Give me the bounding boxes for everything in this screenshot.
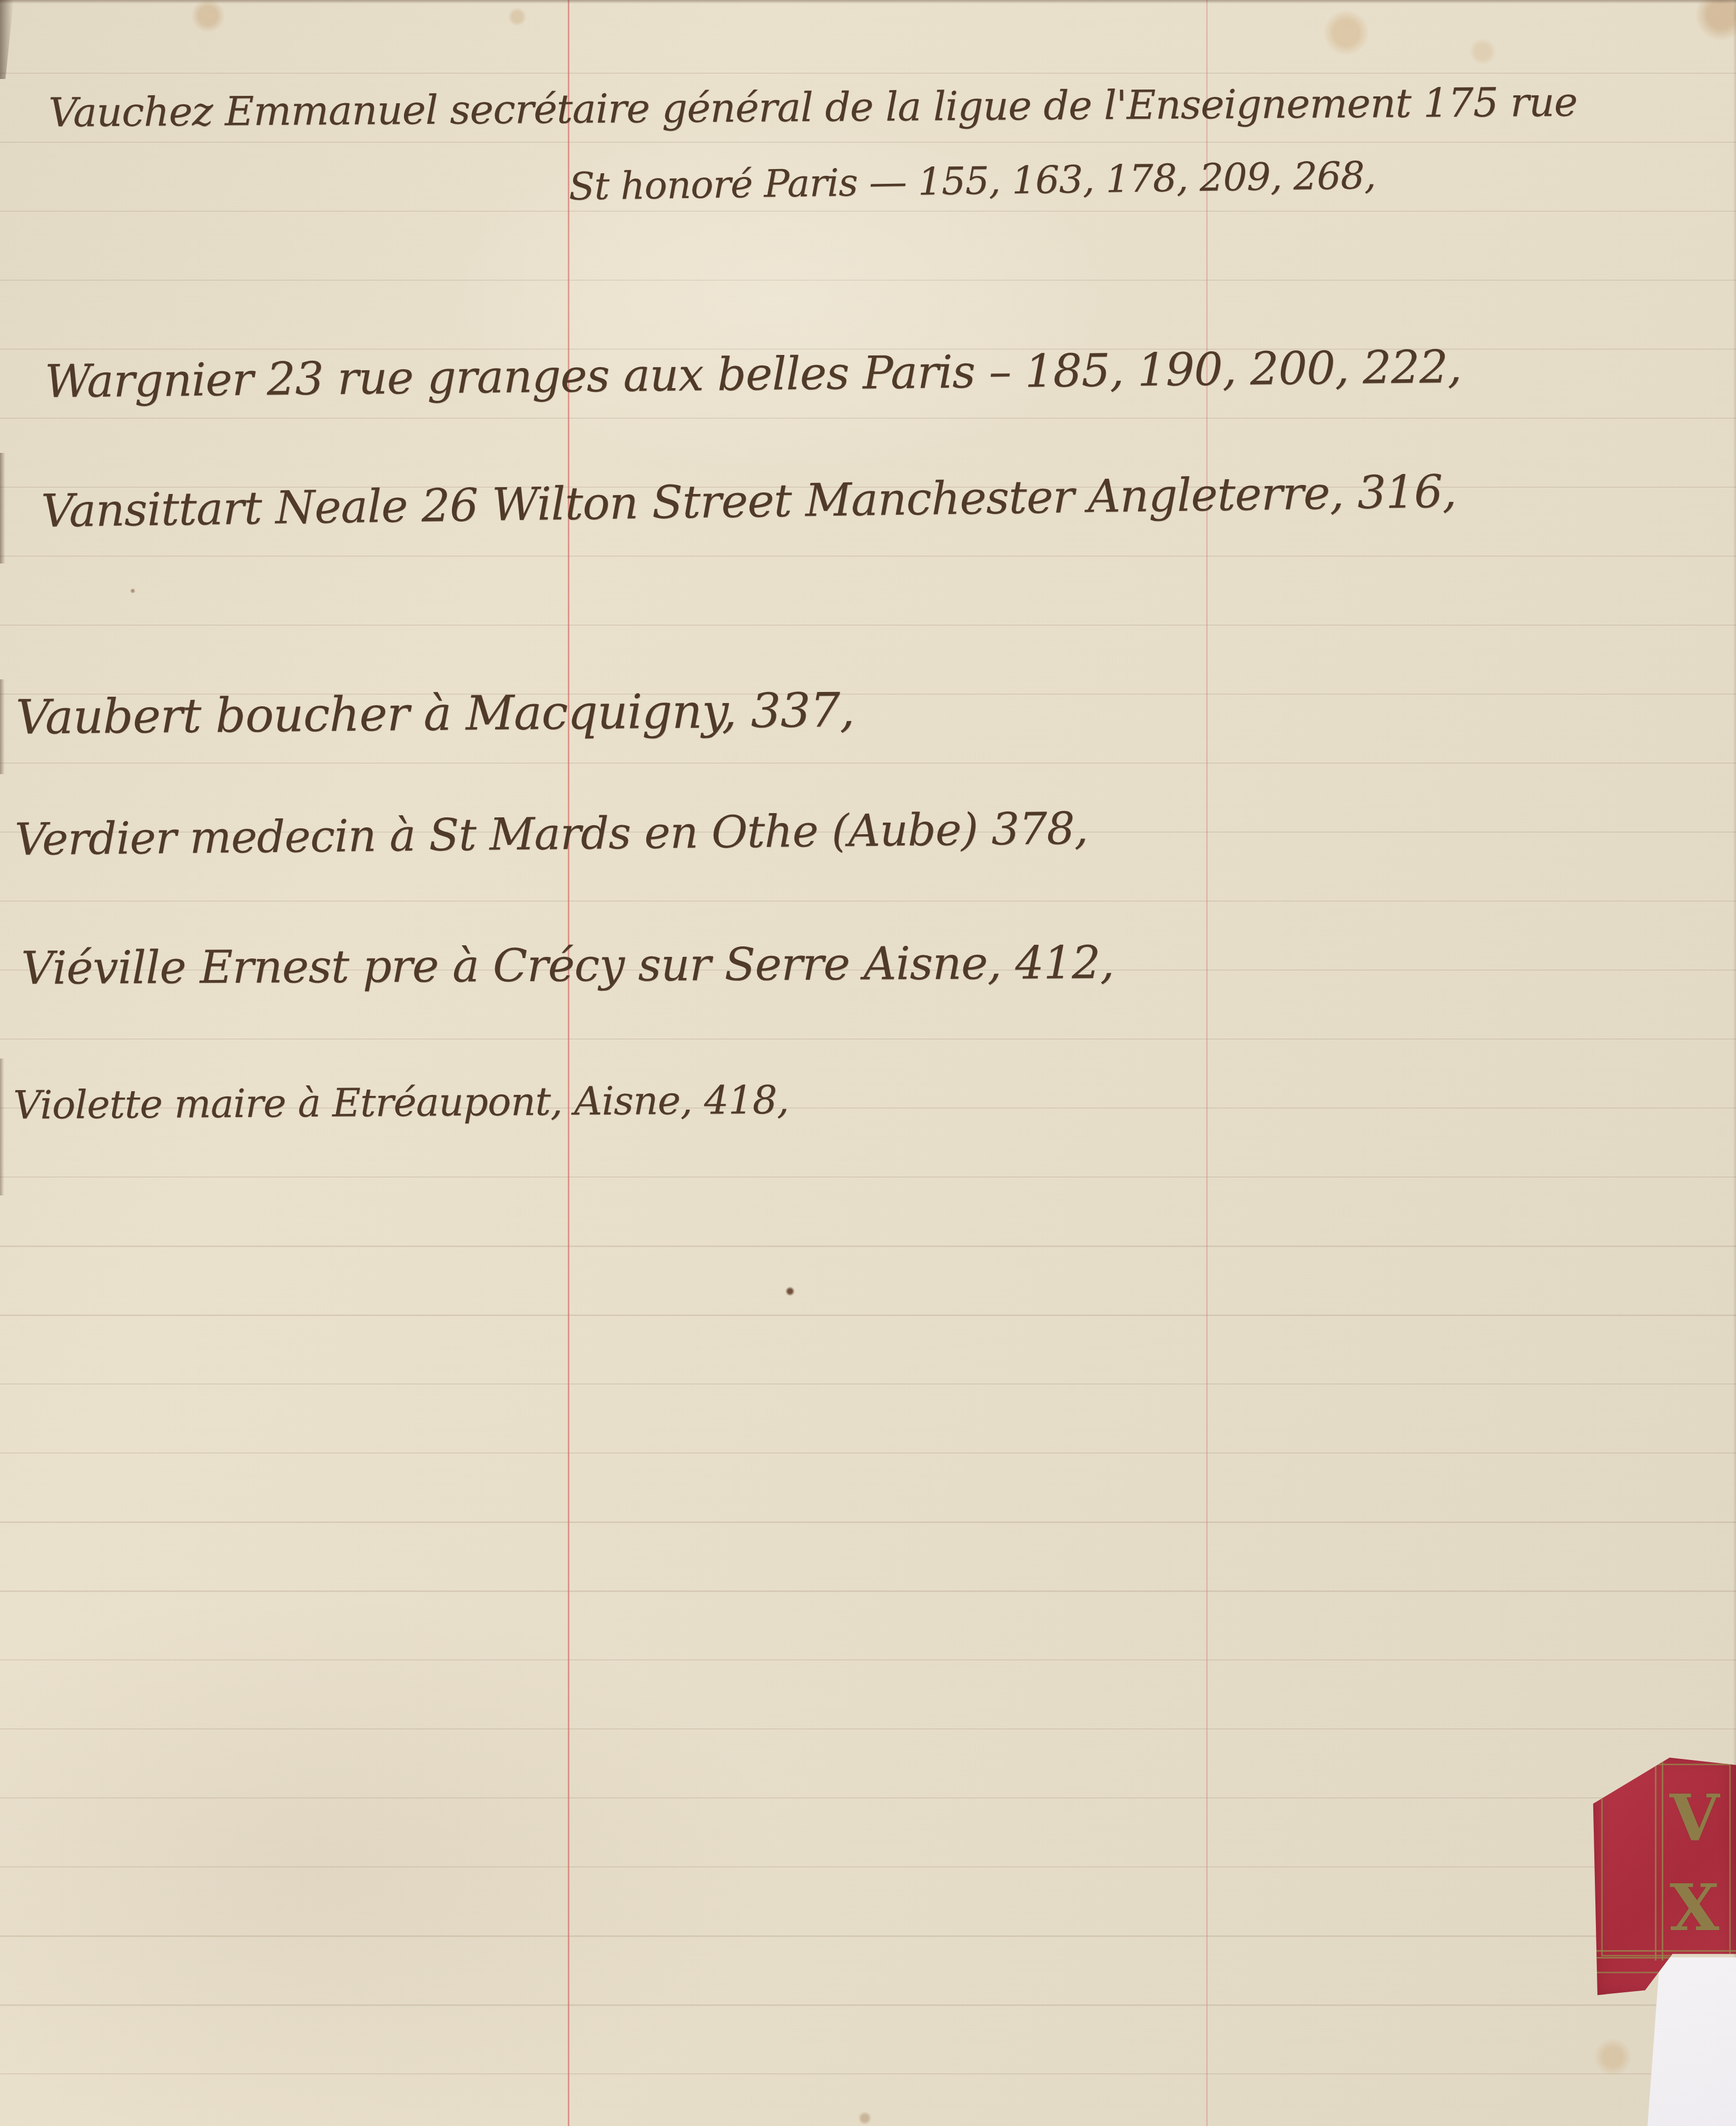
ledger-entry-vaubert: Vaubert boucher à Macquigny, 337, <box>16 687 855 741</box>
ledger-entry-vieville: Viéville Ernest pre à Crécy sur Serre Ai… <box>21 940 1114 991</box>
tab-letter-x: X <box>1660 1875 1729 1940</box>
ledger-entry-vauchez-line2: St honoré Paris — 155, 163, 178, 209, 26… <box>568 156 1376 205</box>
ledger-entry-verdier: Verdier medecin à St Mards en Othe (Aube… <box>15 806 1088 862</box>
scan-edge-top <box>0 0 1736 4</box>
scan-edge-left-3 <box>0 1059 4 1195</box>
ledger-entry-wargnier: Wargnier 23 rue granges aux belles Paris… <box>45 344 1462 404</box>
tab-letter-v: V <box>1660 1786 1729 1850</box>
ledger-entry-violette: Violette maire à Etréaupont, Aisne, 418, <box>13 1081 789 1125</box>
scan-edge-left-2 <box>0 679 5 774</box>
ledger-entry-vauchez-line1: Vauchez Emmanuel secrétaire général de l… <box>48 82 1577 133</box>
ledger-page: Vauchez Emmanuel secrétaire général de l… <box>0 0 1736 2126</box>
paper-stains <box>0 0 1736 2126</box>
scan-edge-left-1 <box>0 453 5 563</box>
under-page-white-corner <box>1648 1949 1736 2126</box>
